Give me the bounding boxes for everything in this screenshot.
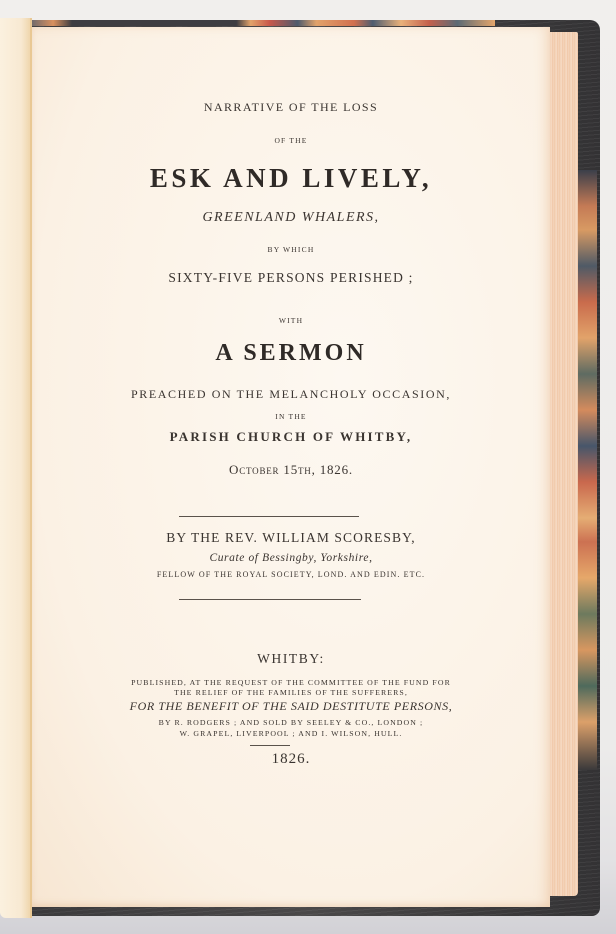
place-line: WHITBY:	[32, 651, 550, 667]
divider-rule	[179, 516, 359, 517]
author-line: BY THE REV. WILLIAM SCORESBY,	[32, 530, 550, 546]
short-rule	[250, 745, 290, 746]
sermon-heading: A SERMON	[32, 340, 550, 367]
preached-line: PREACHED ON THE MELANCHOLY OCCASION,	[32, 387, 550, 402]
marbled-top-edge	[25, 20, 495, 26]
of-the-line: OF THE	[32, 136, 550, 145]
in-the-line: IN THE	[32, 412, 550, 421]
page-fore-edge	[548, 32, 578, 896]
main-title: ESK AND LIVELY,	[32, 163, 550, 194]
persons-perished-line: SIXTY-FIVE PERSONS PERISHED ;	[32, 270, 550, 286]
date-line: October 15th, 1826.	[32, 462, 550, 478]
narrative-line: NARRATIVE OF THE LOSS	[32, 100, 550, 115]
imprint-line-2: THE RELIEF OF THE FAMILIES OF THE SUFFER…	[32, 688, 550, 697]
parish-church-line: PARISH CHURCH OF WHITBY,	[32, 429, 550, 445]
left-facing-page	[0, 18, 32, 918]
year-line: 1826.	[32, 751, 550, 768]
imprint-line-5: W. GRAPEL, LIVERPOOL ; AND I. WILSON, HU…	[32, 729, 550, 738]
divider-rule	[179, 599, 361, 600]
imprint-line-1: PUBLISHED, AT THE REQUEST OF THE COMMITT…	[32, 678, 550, 687]
title-page: NARRATIVE OF THE LOSS OF THE ESK AND LIV…	[32, 27, 550, 907]
author-role: Curate of Bessingby, Yorkshire,	[32, 552, 550, 564]
imprint-line-4: BY R. RODGERS ; AND SOLD BY SEELEY & CO.…	[32, 718, 550, 727]
marbled-board-edge	[578, 170, 597, 770]
subtitle: GREENLAND WHALERS,	[32, 210, 550, 226]
imprint-line-3: FOR THE BENEFIT OF THE SAID DESTITUTE PE…	[32, 699, 550, 714]
author-fellow: FELLOW OF THE ROYAL SOCIETY, LOND. AND E…	[32, 570, 550, 579]
with-line: WITH	[32, 316, 550, 325]
by-which-line: BY WHICH	[32, 245, 550, 254]
